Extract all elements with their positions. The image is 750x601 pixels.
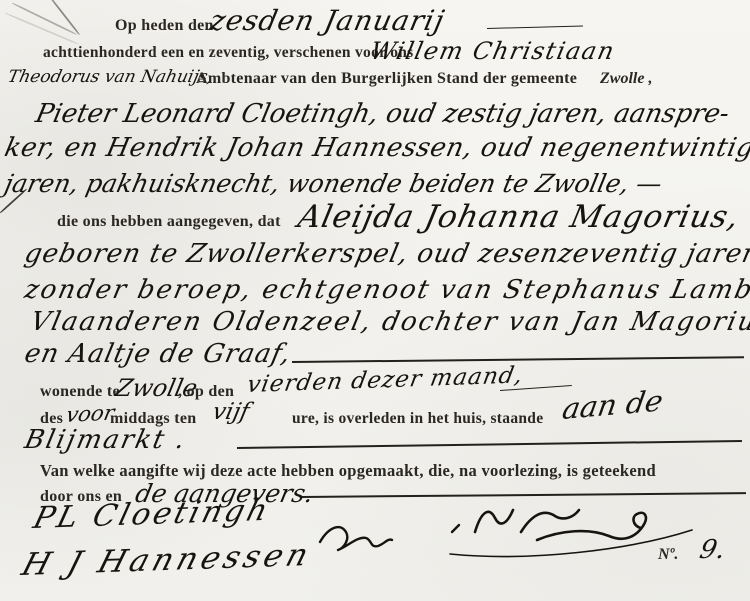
handwritten-date-day: zesden Januarij xyxy=(207,6,447,37)
handwritten-voor: voor xyxy=(64,402,116,428)
act-number-value: 9. xyxy=(697,536,728,565)
death-certificate-scan: Op heden den zesden Januarij achttienhon… xyxy=(0,0,750,601)
handwritten-registrar-surname: Theodorus van Nahuijs, xyxy=(6,68,215,87)
handwritten-deceased-name: Aleijda Johanna Magorius, xyxy=(295,200,743,234)
handwritten-hour: vijf xyxy=(210,400,251,425)
act-number-label: Nº. xyxy=(658,546,678,564)
signature-cloetingh: PL Cloetingh xyxy=(30,494,274,535)
form-text-op-den: , op den xyxy=(178,383,234,401)
form-text-year: achttienhonderd een en zeventig, versche… xyxy=(43,44,414,61)
handwritten-mother-name: en Aaltje de Graaf, xyxy=(22,340,294,369)
handwritten-birthplace-age: geboren te Zwollerkerspel, oud zesenzeve… xyxy=(22,240,750,269)
form-text-ambtenaar: Ambtenaar van den Burgerlijken Stand der… xyxy=(196,70,577,88)
handwritten-declarants-residence: jaren, pakhuisknecht, wonende beiden te … xyxy=(2,170,665,198)
signature-hannessen: H J Hannessen xyxy=(18,538,316,582)
form-text-wonende-te: wonende te xyxy=(40,383,120,401)
form-text-overleden: ure, is overleden in het huis, staande xyxy=(292,410,543,427)
printed-municipality: Zwolle , xyxy=(600,70,652,88)
handwritten-registrar-firstnames: Willem Christiaan xyxy=(368,38,618,64)
handwritten-declarant2: ker, en Hendrik Johan Hannessen, oud neg… xyxy=(2,134,750,163)
handwritten-occupation-spouse: zonder beroep, echtgenoot van Stephanus … xyxy=(22,276,750,305)
handwritten-spouse-surname-parents: Vlaanderen Oldenzeel, dochter van Jan Ma… xyxy=(28,308,750,337)
handwritten-death-address: Blijmarkt . xyxy=(22,426,189,455)
filler-rule xyxy=(237,440,742,449)
handwritten-aan-de: aan de xyxy=(560,386,665,426)
handwritten-declarant1: Pieter Leonard Cloetingh, oud zestig jar… xyxy=(33,100,732,129)
signature-registrar xyxy=(300,490,700,560)
form-text-closing: Van welke aangifte wij deze acte hebben … xyxy=(40,462,656,480)
form-text-op-heden-den: Op heden den xyxy=(115,17,214,35)
filler-dash xyxy=(487,25,583,29)
form-text-aangegeven: die ons hebben aangegeven, dat xyxy=(57,213,281,231)
